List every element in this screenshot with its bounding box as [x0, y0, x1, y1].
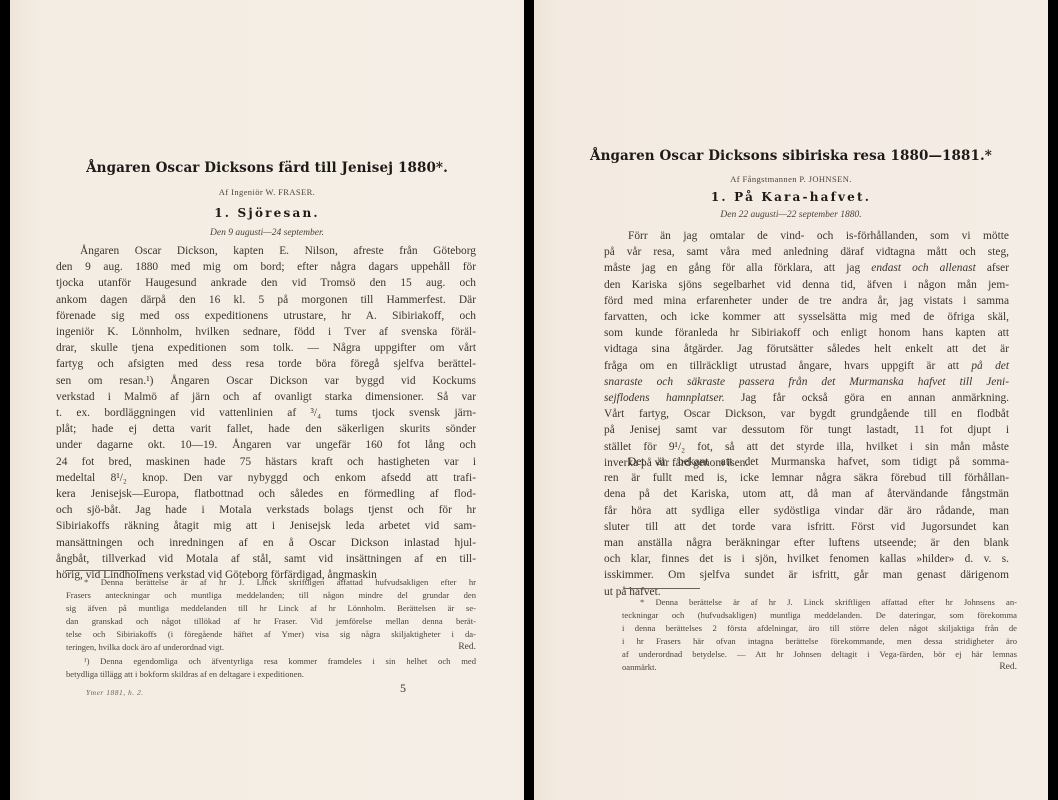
text-line: ångbåt, tillverkad vid Motala af stål, s… [56, 551, 476, 567]
footnote-star: * Denna berättelse är af hr J. Linck skr… [66, 576, 476, 654]
text-line: den 9 aug. 1880 med mig om bord; efter n… [56, 259, 476, 275]
text-line: oanmärkt.Red. [622, 661, 1017, 674]
paragraph-2: Det är bekant att det Murmanska hafvet, … [604, 454, 1009, 600]
text-line: man anställa några beräkningar efter luf… [604, 535, 1009, 551]
text-line: telse och Sibiriakoffs (i föregående häf… [66, 628, 476, 641]
left-page: Ångaren Oscar Dicksons färd till Jenisej… [10, 0, 524, 800]
text-line: sig äfven på muntliga meddelanden till h… [66, 602, 476, 615]
text-line: betydliga tillägg att i bokform skildras… [66, 668, 476, 681]
article-author: Af Ingeniör W. FRASER. [10, 187, 524, 197]
text-line: tjocka utanför Haugesund ankrade den vid… [56, 275, 476, 291]
footnote-star: * Denna berättelse är af hr J. Linck skr… [622, 596, 1017, 674]
editor-sign: Red. [999, 661, 1017, 674]
text-line: sen om resan.¹) Ångaren Oscar Dickson va… [56, 373, 476, 389]
text-line: Det är bekant att det Murmanska hafvet, … [604, 454, 1009, 470]
text-line: förenade sig med oss expeditionens utrus… [56, 308, 476, 324]
text-line: ankom dagen därpå den 16 kl. 5 på morgon… [56, 292, 476, 308]
text-line: som kunde föranleda hr Sibiriakoff och e… [604, 325, 1009, 341]
text-line: af underordnad betydelse. — Att hr Johns… [622, 648, 1017, 661]
text-line: ren är fullt med is, icke lemnar några s… [604, 470, 1009, 486]
text-line: förd med mina erfarenheter under de tre … [604, 293, 1009, 309]
text-line: * Denna berättelse är af hr J. Linck skr… [622, 596, 1017, 609]
text-line: snaraste och säkraste passera från det M… [604, 374, 1009, 390]
text-line: kera Jenisejsk—Europa, flatbottnad och s… [56, 486, 476, 502]
article-title: Ångaren Oscar Dicksons färd till Jenisej… [10, 160, 524, 176]
text-line: ¹) Denna egendomliga och äfventyrliga re… [66, 655, 476, 668]
text-line: får höra att sydliga eller sydöstliga vi… [604, 503, 1009, 519]
footnote-rule [66, 570, 142, 571]
text-line: t. ex. bordläggningen vid vattenlinien a… [56, 405, 476, 421]
page-number: 5 [400, 681, 406, 696]
text-line: Ångaren Oscar Dickson, kapten E. Nilson,… [56, 243, 476, 259]
text-line: Frasers anteckningar och muntliga meddel… [66, 589, 476, 602]
article-author: Af Fångstmannen P. JOHNSEN. [534, 174, 1048, 184]
text-line: plåt; hade ej detta varit fallet, hade d… [56, 421, 476, 437]
text-line: i hr Frasers här ofvan intagna berättels… [622, 635, 1017, 648]
text-line: vidtaga sina åtgärder. Jag förutsätter s… [604, 341, 1009, 357]
dateline: Den 22 augusti—22 september 1880. [534, 210, 1048, 220]
text-line: sluter till att det torde vara isfritt. … [604, 519, 1009, 535]
text-line: medeltal 8¹/₂ knop. Den var nybyggd och … [56, 470, 476, 486]
editor-sign: Red. [458, 641, 476, 654]
text-line: fartyg och afsigten med dess resa torde … [56, 356, 476, 372]
text-line: isskimmer. Om sjelfva sundet är isfritt,… [604, 567, 1009, 583]
text-line: fråga om en tillräckligt utrustad ångare… [604, 358, 1009, 374]
paragraph-1: Förr än jag omtalar de vind- och is-förh… [604, 228, 1009, 471]
text-line: Förr än jag omtalar de vind- och is-förh… [604, 228, 1009, 244]
text-line: * Denna berättelse är af hr J. Linck skr… [66, 576, 476, 589]
text-line: farvatten, och icke kommer att sysselsät… [604, 309, 1009, 325]
text-line: verkstad i Malmö af järn och af ovanligt… [56, 389, 476, 405]
text-line: drar, skulle tjena expeditionen som tolk… [56, 340, 476, 356]
text-line: på Jenisej samt var dessutom för tungt l… [604, 422, 1009, 438]
footnote-one: ¹) Denna egendomliga och äfventyrliga re… [66, 655, 476, 681]
body-text: Ångaren Oscar Dickson, kapten E. Nilson,… [56, 243, 476, 583]
text-line: Vårt fartyg, Oscar Dickson, var bygdt gr… [604, 406, 1009, 422]
text-line: sejflodens hamnplatser. Jag får också gö… [604, 390, 1009, 406]
text-line: och sjö-båt. Jag hade i Motala verkstads… [56, 502, 476, 518]
article-title: Ångaren Oscar Dicksons sibiriska resa 18… [534, 148, 1048, 164]
text-line: den Kariska sjöns segelbarhet vid denna … [604, 277, 1009, 293]
text-line: måste jag en gång för alla förklara, att… [604, 260, 1009, 276]
section-heading: 1. Sjöresan. [10, 206, 524, 220]
text-line: 24 fot bred, maskinen hade 75 hästars kr… [56, 454, 476, 470]
text-line: på vår resa, samt våra med anledning där… [604, 244, 1009, 260]
text-line: mansättningen och inredningen af en å Os… [56, 535, 476, 551]
text-line: Sibiriakoffs räkning åtagit mig att i Je… [56, 518, 476, 534]
text-line: stället för 9¹/₂ fot, så att det styrde … [604, 439, 1009, 455]
text-line: och klar, finnes det is i sjön, hvilket … [604, 551, 1009, 567]
text-line: i denna berättelses 2 första afdelningar… [622, 622, 1017, 635]
text-line: teringen, hvilka dock äro af underordnad… [66, 641, 476, 654]
text-line: teckningar och (hufvudsakligen) muntliga… [622, 609, 1017, 622]
text-line: dena på det Kariska, utom att, då man af… [604, 486, 1009, 502]
right-page: Ångaren Oscar Dicksons sibiriska resa 18… [534, 0, 1048, 800]
signature-mark: Ymer 1881, h. 2. [86, 688, 144, 697]
text-line: ingeniör K. Lönnholm, hvilken sednare, f… [56, 324, 476, 340]
dateline: Den 9 augusti—24 september. [10, 228, 524, 238]
footnote-rule [624, 588, 700, 589]
section-heading: 1. På Kara-hafvet. [534, 190, 1048, 204]
text-line: dan granskad och något tillökad af hr Fr… [66, 615, 476, 628]
text-line: under dagarne okt. 10—19. Ångaren var un… [56, 437, 476, 453]
